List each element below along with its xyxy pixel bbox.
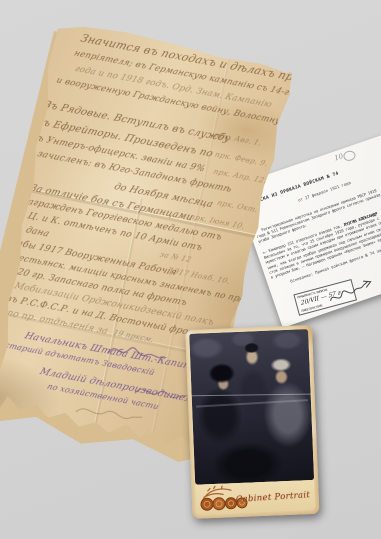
- manuscript-text-block: Значится въ походахъ и дѣлахъ противънеп…: [56, 18, 297, 67]
- manuscript-line: прк. Авг. 1.: [213, 130, 263, 147]
- pencil-circle-mark-icon: [342, 149, 357, 162]
- photo-caption-strip: Cabinet Portrait: [195, 480, 315, 515]
- cabinet-card-photo: Cabinet Portrait: [185, 325, 319, 519]
- photo-bench-highlight: [196, 399, 308, 407]
- manuscript-line: дана: [24, 226, 51, 240]
- archival-collage: 10 ВЫПИСКА ИЗ ПРИКАЗА ВОЙСКАМ № 74 от 27…: [0, 0, 381, 539]
- signature-flourish-icon: [324, 271, 378, 311]
- photo-image-three-figures: [189, 329, 314, 485]
- manuscript-line: прк. Февр. 9.: [213, 150, 269, 168]
- photo-crack-line: [192, 394, 311, 397]
